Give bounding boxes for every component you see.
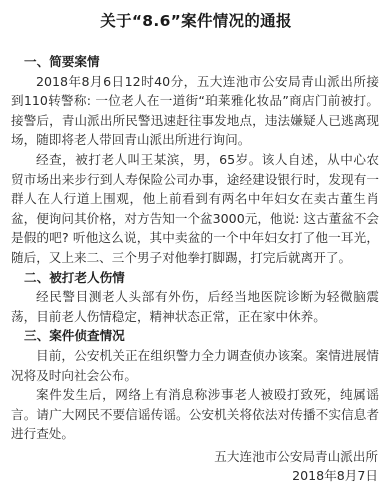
section-1-paragraph-1: 2018年8月6日12时40分，五大连池市公安局青山派出所接到110转警称: 一…	[11, 72, 379, 150]
signature-block: 五大连池市公安局青山派出所 2018年8月7日	[214, 447, 378, 485]
section-heading-2: 二、被打老人伤情	[11, 268, 379, 288]
page-title: 关于“8.6”案件情况的通报	[0, 9, 392, 31]
section-3-paragraph-1: 目前，公安机关正在组织警力全力调查侦办该案。案情进展情况将及时向社会公布。	[11, 346, 379, 385]
document-body: 一、简要案情 2018年8月6日12时40分，五大连池市公安局青山派出所接到11…	[11, 52, 379, 444]
issue-date: 2018年8月7日	[214, 466, 378, 485]
section-3-paragraph-2: 案件发生后，网络上有消息称涉事老人被殴打致死，纯属谣言。请广大网民不要信谣传谣。…	[11, 385, 379, 444]
issuer-name: 五大连池市公安局青山派出所	[214, 447, 378, 466]
section-heading-1: 一、简要案情	[11, 52, 379, 72]
section-1-paragraph-2: 经查，被打老人叫王某滨，男，65岁。该人自述，从中心农贸市场出来步行到人寿保险公…	[11, 150, 379, 268]
section-heading-3: 三、案件侦查情况	[11, 326, 379, 346]
section-2-paragraph-1: 经民警目测老人头部有外伤，后经当地医院诊断为轻微脑震荡，目前老人伤情稳定，精神状…	[11, 287, 379, 326]
